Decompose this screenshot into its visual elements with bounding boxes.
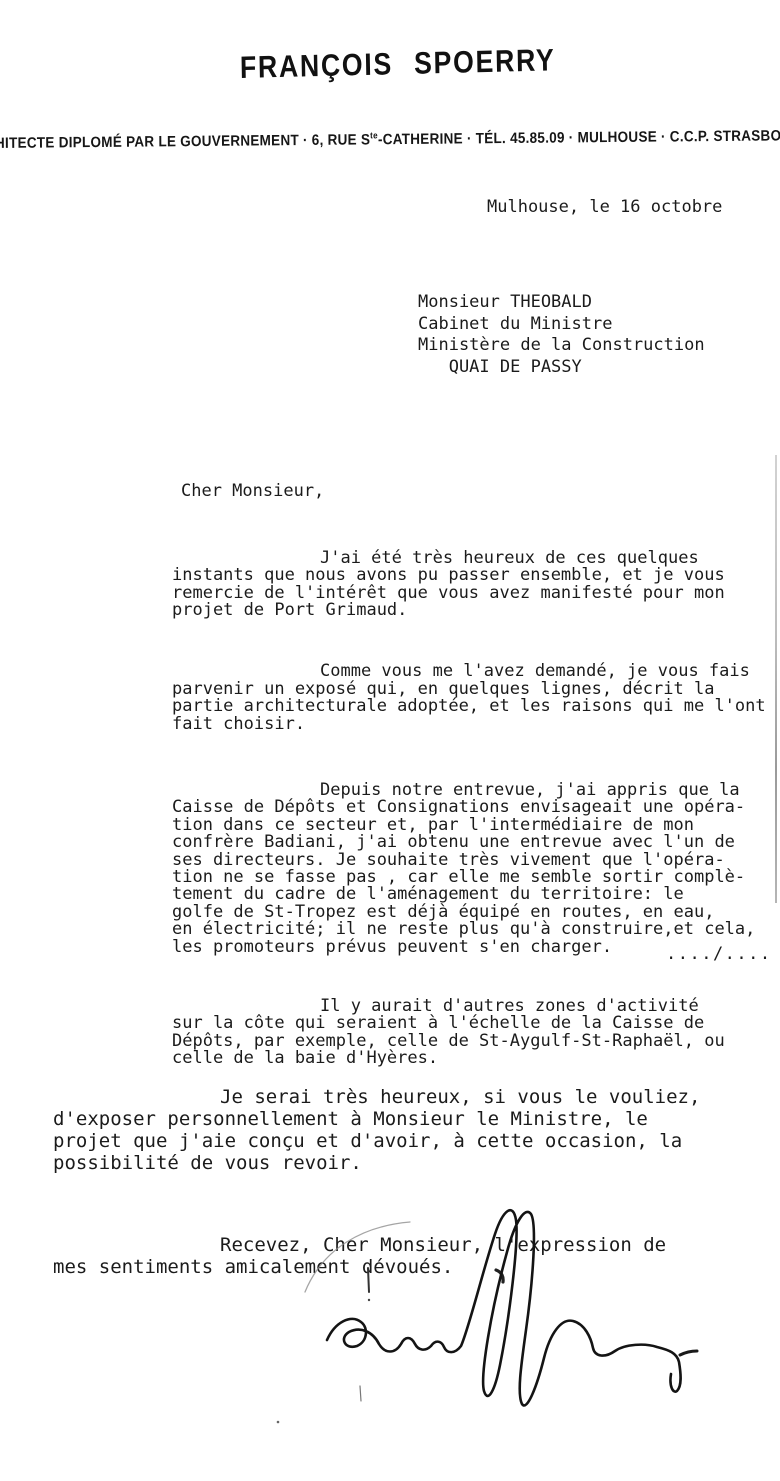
body-paragraph: J'ai été très heureux de ces quelques in…: [172, 550, 772, 620]
body-paragraph: Comme vous me l'avez demandé, je vous fa…: [172, 663, 772, 733]
letterhead-subline-left: HITECTE DIPLOMÉ PAR LE GOUVERNEMENT · 6,…: [0, 131, 370, 152]
letterhead-subline: HITECTE DIPLOMÉ PAR LE GOUVERNEMENT · 6,…: [0, 126, 780, 152]
letterhead-subline-right: -CATHERINE · TÉL. 45.85.09 · MULHOUSE · …: [378, 127, 780, 149]
salutation: Cher Monsieur,: [181, 483, 772, 500]
continuation-mark: ..../....: [666, 944, 772, 964]
letter-page: FRANÇOIS SPOERRY HITECTE DIPLOMÉ PAR LE …: [0, 0, 780, 1481]
body-paragraph: Depuis notre entrevue, j'ai appris que l…: [172, 782, 772, 956]
recipient-address: Monsieur THEOBALD Cabinet du Ministre Mi…: [418, 292, 705, 378]
body-paragraph: Je serai très heureux, si vous le voulie…: [53, 1086, 763, 1174]
handwritten-signature-icon: [255, 1200, 725, 1445]
date-line: Mulhouse, le 16 octobre: [487, 197, 722, 217]
letterhead-subline-superscript: te: [370, 130, 378, 140]
letter-body-page1: Cher Monsieur, J'ai été très heureux de …: [172, 448, 772, 1102]
scan-artifact-line: [775, 455, 777, 903]
letterhead-name: FRANÇOIS SPOERRY: [240, 42, 556, 86]
